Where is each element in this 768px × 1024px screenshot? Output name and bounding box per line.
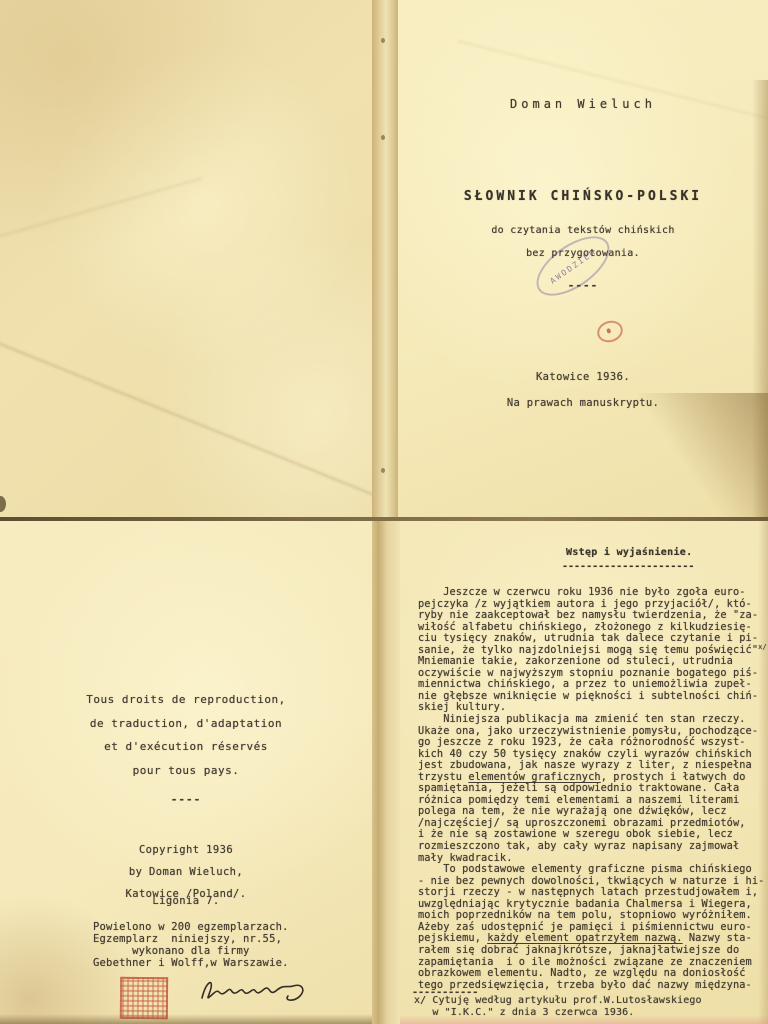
book-title: SŁOWNIK CHIŃSKO-POLSKI — [398, 189, 768, 204]
preface-heading: Wstęp i wyjaśnienie. — [566, 547, 692, 558]
divider-dashes: ---- — [398, 279, 768, 292]
page-corner-shadow — [638, 393, 768, 518]
paper-crease — [0, 177, 202, 239]
page-edge-shadow — [758, 521, 768, 1024]
page-bottom-shadow — [0, 1014, 372, 1024]
text-line: rałem się dobrać jaknajkrótsze, jaknajła… — [418, 945, 767, 957]
text-line: de traduction, d'adaptation — [0, 712, 372, 736]
book-subtitle-1: do czytania tekstów chińskich — [398, 225, 768, 236]
preface-body: Jeszcze w czerwcu roku 1936 nie było zgo… — [418, 587, 767, 991]
title-page: Doman Wieluch SŁOWNIK CHIŃSKO-POLSKI do … — [398, 0, 768, 518]
text-line: wykonano dla firmy — [93, 945, 289, 957]
text-line: pour tous pays. — [0, 759, 372, 783]
scanned-book-pages: Doman Wieluch SŁOWNIK CHIŃSKO-POLSKI do … — [0, 0, 768, 1024]
text-line: et d'exécution réservés — [0, 735, 372, 759]
page-bottom-edge — [400, 1015, 768, 1024]
text-line: go jeszcze z roku 1923, że cała różnorod… — [418, 737, 767, 749]
text-line: Egzemplarz niniejszy, nr.55, — [93, 933, 289, 945]
binding-stitch — [381, 135, 385, 140]
text-line: Niniejsza publikacja ma zmienić ten stan… — [418, 714, 767, 726]
address-line: Ligonia 7. — [0, 895, 372, 907]
paper-crease — [0, 338, 433, 518]
binding-stitch — [381, 468, 385, 473]
blank-left-page — [0, 0, 372, 518]
preface-page: Wstęp i wyjaśnienie. -------------------… — [400, 521, 768, 1024]
text-line: obrazkowem elementu. Nadto, ze względu n… — [418, 968, 767, 980]
violet-oval-stamp: AWODZIEM — [527, 225, 620, 308]
binding-stitch — [381, 38, 385, 43]
text-line: Gebethner i Wolff,w Warszawie. — [93, 957, 289, 969]
text-line: Powielono w 200 egzemplarzach. — [93, 921, 289, 933]
page-edge-shadow — [752, 80, 768, 518]
divider-dashes: ---- — [0, 793, 372, 806]
text-line: x/ Cytuję według artykułu prof.W.Lutosła… — [414, 995, 702, 1007]
spread-preface: Tous droits de reproduction,de traductio… — [0, 521, 768, 1024]
binding-gutter — [372, 0, 398, 518]
text-line: To podstawowe elementy graficzne pisma c… — [418, 864, 767, 876]
place-year: Katowice 1936. — [398, 371, 768, 383]
red-seal-stamp — [120, 977, 168, 1019]
edition-block: Powielono w 200 egzemplarzach.Egzemplarz… — [93, 921, 289, 969]
text-line: Tous droits de reproduction, — [0, 688, 372, 712]
text-line: Jeszcze w czerwcu roku 1936 nie było zgo… — [418, 587, 767, 599]
binding-gutter — [372, 521, 400, 1024]
text-line: rozmieszczono tak, aby cały wyraz napisa… — [418, 841, 767, 853]
copyright-page: Tous droits de reproduction,de traductio… — [0, 521, 372, 1024]
text-line: by Doman Wieluch, — [0, 861, 372, 883]
french-rights-block: Tous droits de reproduction,de traductio… — [0, 688, 372, 782]
handwritten-signature — [196, 974, 314, 1008]
text-line: Copyright 1936 — [0, 839, 372, 861]
title-page-author: Doman Wieluch — [398, 97, 768, 111]
red-circle-mark — [594, 317, 625, 345]
text-line: ciu tysięcy znaków, utrudnia tak dalece … — [418, 633, 767, 645]
text-line: ryby nie zaakceptował bez namysłu twierd… — [418, 610, 767, 622]
preface-heading-underline: ---------------------- — [562, 561, 694, 572]
spread-title: Doman Wieluch SŁOWNIK CHIŃSKO-POLSKI do … — [0, 0, 768, 518]
